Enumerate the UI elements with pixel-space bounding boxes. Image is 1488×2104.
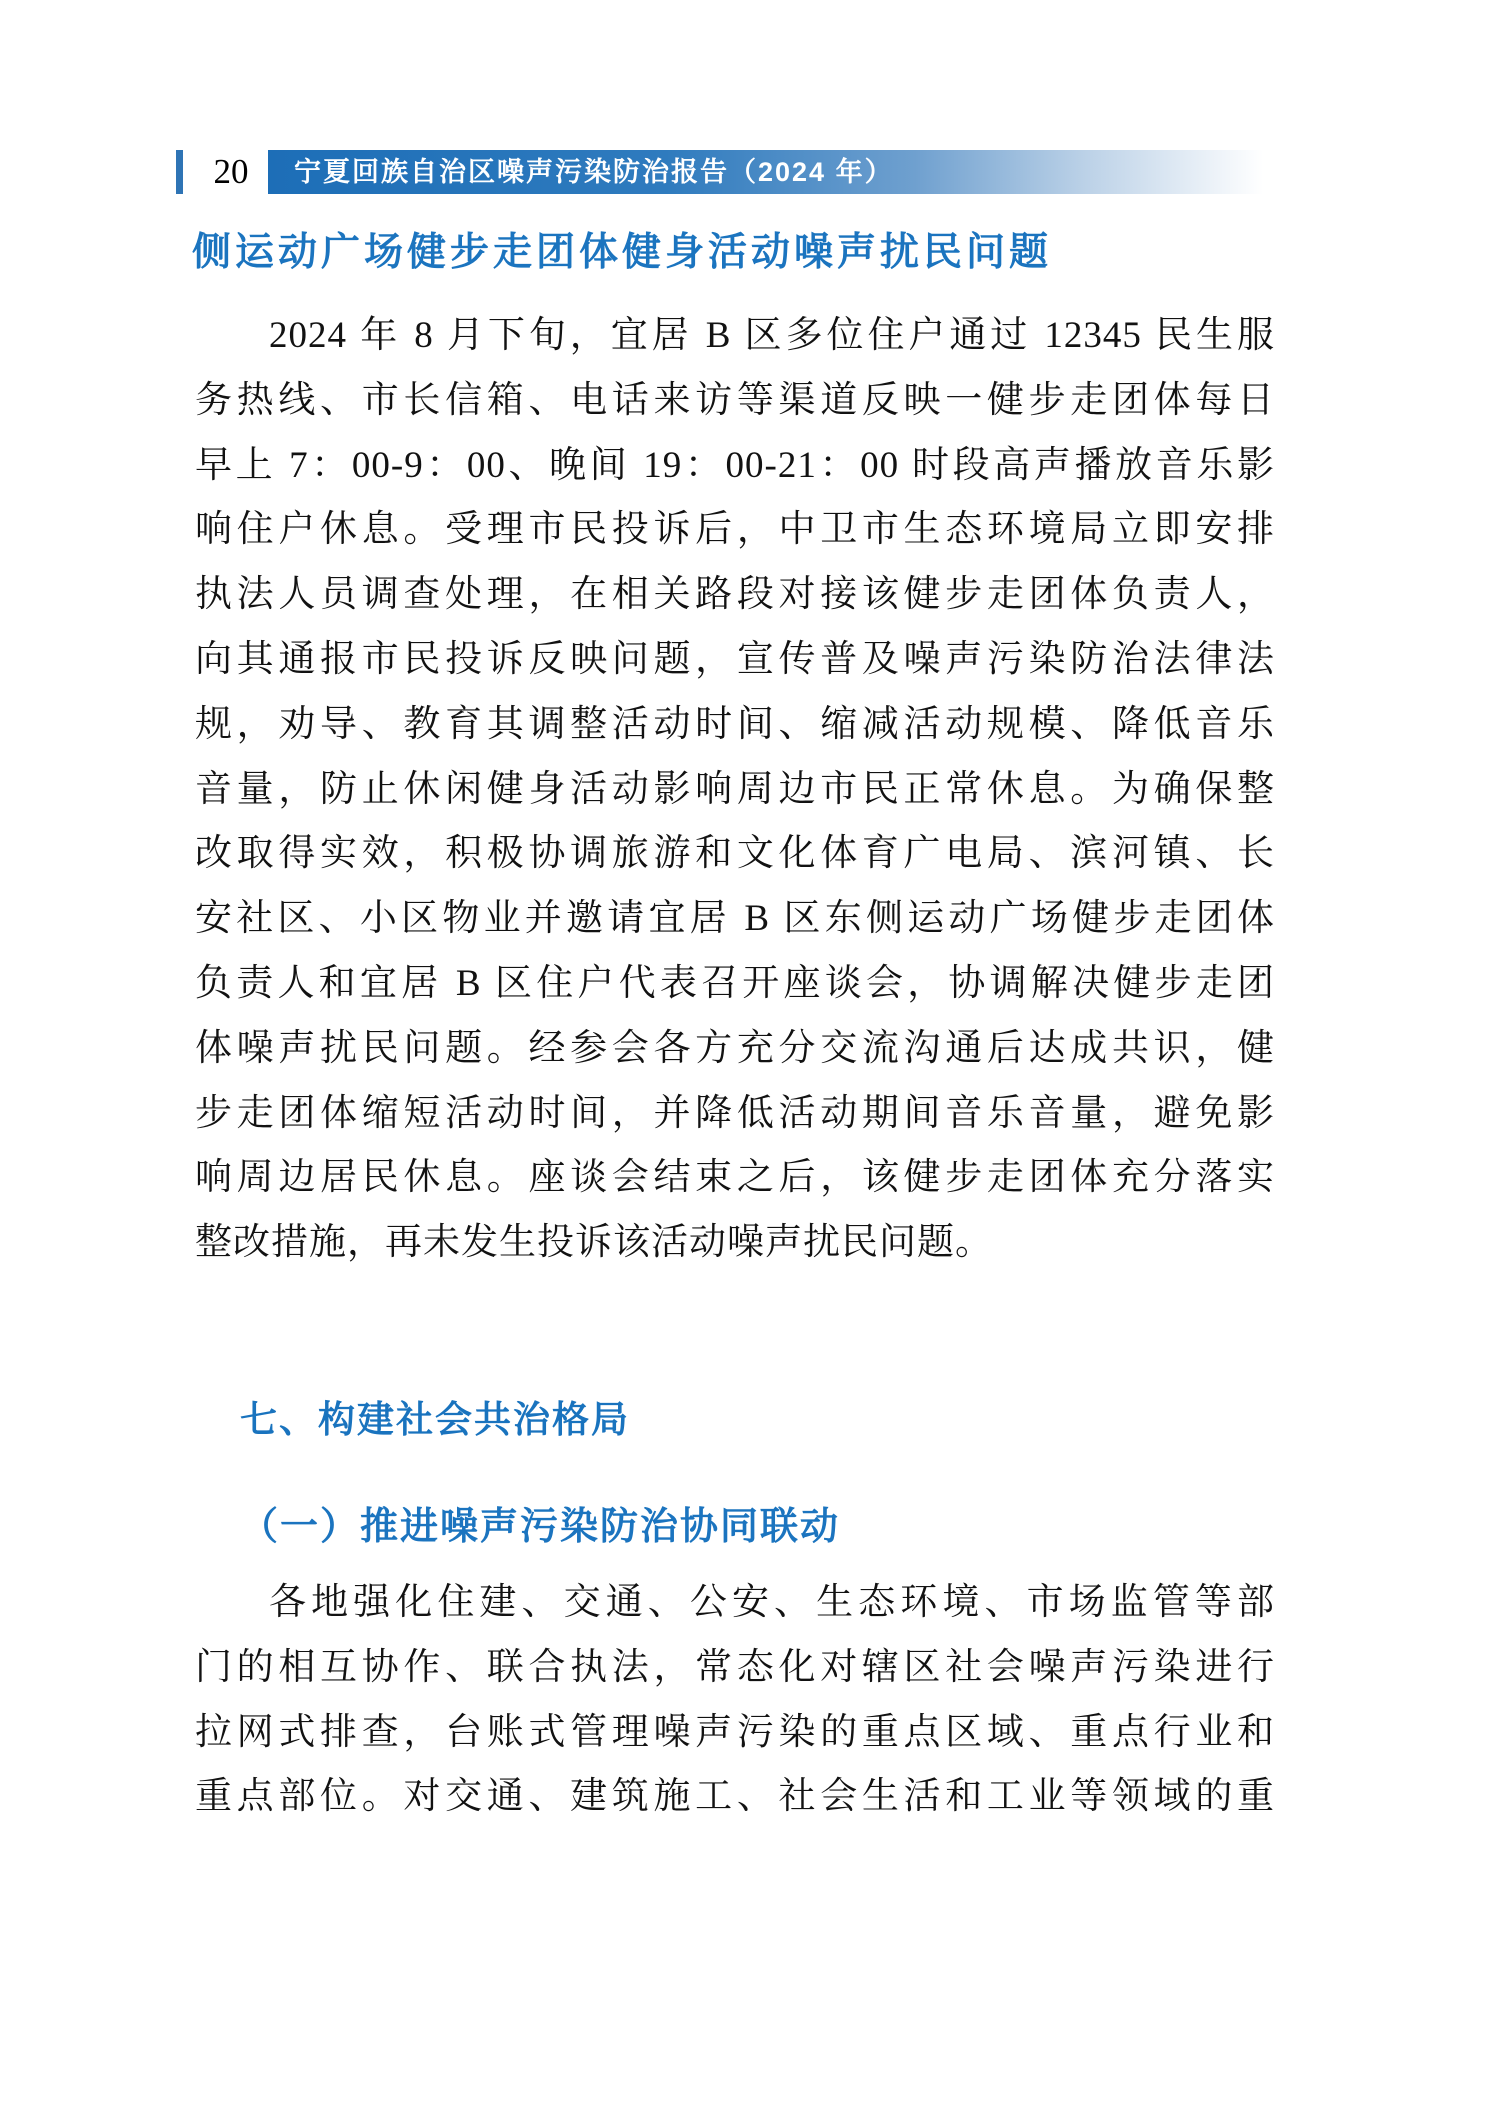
text-line: 重点部位。对交通、建筑施工、社会生活和工业等领域的重	[195, 1765, 1275, 1830]
text-line: 改取得实效，积极协调旅游和文化体育广电局、滨河镇、长	[195, 822, 1275, 887]
report-title: 宁夏回族自治区噪声污染防治报告（2024 年）	[268, 150, 1263, 194]
text-line: 执法人员调查处理，在相关路段对接该健步走团体负责人，	[195, 563, 1275, 628]
text-line: 2024 年 8 月下旬，宜居 B 区多位住户通过 12345 民生服	[195, 304, 1275, 369]
header-title-bar: 宁夏回族自治区噪声污染防治报告（2024 年）	[268, 150, 1263, 194]
text-line: 早上 7：00-9：00、晚间 19：00-21：00 时段高声播放音乐影	[195, 434, 1275, 499]
body-paragraph-2: 各地强化住建、交通、公安、生态环境、市场监管等部门的相互协作、联合执法，常态化对…	[195, 1571, 1275, 1830]
text-line: 向其通报市民投诉反映问题，宣传普及噪声污染防治法律法	[195, 628, 1275, 693]
page-number: 20	[200, 150, 262, 194]
text-line: 安社区、小区物业并邀请宜居 B 区东侧运动广场健步走团体	[195, 887, 1275, 952]
subsection-heading: （一）推进噪声污染防治协同联动	[240, 1503, 1270, 1551]
text-line: 响周边居民休息。座谈会结束之后，该健步走团体充分落实	[195, 1146, 1275, 1211]
text-line: 负责人和宜居 B 区住户代表召开座谈会，协调解决健步走团	[195, 952, 1275, 1017]
text-line: 务热线、市长信箱、电话来访等渠道反映一健步走团体每日	[195, 369, 1275, 434]
body-paragraph-1: 2024 年 8 月下旬，宜居 B 区多位住户通过 12345 民生服务热线、市…	[195, 304, 1275, 1276]
text-line: 步走团体缩短活动时间，并降低活动期间音乐音量，避免影	[195, 1082, 1275, 1147]
document-page: 20 宁夏回族自治区噪声污染防治报告（2024 年） 侧运动广场健步走团体健身活…	[0, 0, 1488, 2104]
text-line: 整改措施，再未发生投诉该活动噪声扰民问题。	[195, 1211, 1275, 1276]
text-line: 体噪声扰民问题。经参会各方充分交流沟通后达成共识，健	[195, 1017, 1275, 1082]
text-line: 音量，防止休闲健身活动影响周边市民正常休息。为确保整	[195, 758, 1275, 823]
page-header: 20 宁夏回族自治区噪声污染防治报告（2024 年）	[0, 150, 1488, 194]
text-line: 响住户休息。受理市民投诉后，中卫市生态环境局立即安排	[195, 498, 1275, 563]
section-heading: 七、构建社会共治格局	[240, 1396, 1240, 1444]
header-accent-bar	[176, 150, 183, 194]
text-line: 门的相互协作、联合执法，常态化对辖区社会噪声污染进行	[195, 1636, 1275, 1701]
continued-heading: 侧运动广场健步走团体健身活动噪声扰民问题	[192, 228, 1282, 278]
text-line: 各地强化住建、交通、公安、生态环境、市场监管等部	[195, 1571, 1275, 1636]
text-line: 规，劝导、教育其调整活动时间、缩减活动规模、降低音乐	[195, 693, 1275, 758]
text-line: 拉网式排查，台账式管理噪声污染的重点区域、重点行业和	[195, 1701, 1275, 1766]
